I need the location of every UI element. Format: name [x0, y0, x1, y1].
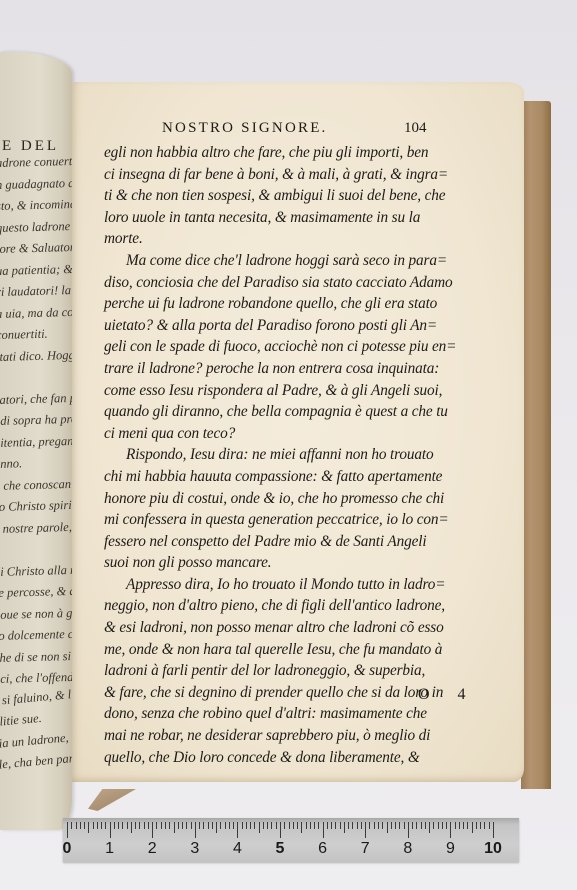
text-line: quando gli diranno, che bella compagnia …	[104, 401, 504, 423]
ruler-tick	[480, 822, 481, 829]
ruler-label: 3	[185, 840, 205, 858]
ruler-tick	[391, 822, 392, 829]
left-page-line: nitentia, pregando per	[0, 433, 72, 451]
ruler-tick	[467, 822, 468, 829]
ruler-tick	[152, 822, 153, 838]
text-line: ci insegna di far bene à boni, & à mali,…	[104, 164, 504, 186]
left-page-line: di Christo alla nostra	[0, 562, 72, 580]
ruler-tick	[331, 822, 332, 829]
text-line: mi confessera in questa generation pecca…	[104, 509, 504, 531]
text-line: ci meni qua con teco?	[104, 423, 504, 445]
ruler-tick	[174, 822, 175, 833]
left-page-line: e nostre parole, &	[0, 519, 72, 536]
ruler-label: 4	[227, 840, 247, 858]
ruler-tick	[416, 822, 417, 829]
ruler-tick	[118, 822, 119, 829]
ruler-tick	[220, 822, 221, 829]
ruler-tick	[139, 822, 140, 829]
ruler-tick	[105, 822, 106, 829]
ruler-tick	[306, 822, 307, 829]
ruler-tick	[369, 822, 370, 829]
ruler-tick	[216, 822, 217, 833]
ruler-tick	[208, 822, 209, 829]
running-head: NOSTRO SIGNORE. 104	[162, 120, 502, 140]
ruler-tick	[310, 822, 311, 829]
ruler-label: 9	[440, 840, 460, 858]
ruler-tick	[267, 822, 268, 829]
ruler-tick	[71, 822, 72, 829]
ruler-tick	[293, 822, 294, 829]
scale-ruler: 012345678910	[63, 818, 519, 862]
text-line: chi mi habbia hauuta compassione: & fatt…	[104, 466, 504, 488]
left-page-line: ua patientia; & benig	[0, 261, 72, 279]
left-page-line: noue se non à giusti	[0, 605, 72, 623]
left-page-line: , di sopra ha promessi	[0, 411, 72, 429]
ruler-ticks	[63, 818, 519, 838]
ruler-tick	[229, 822, 230, 829]
left-page-title-fragment: E DEL	[2, 138, 59, 155]
ruler-tick	[378, 822, 379, 829]
ruler-tick	[335, 822, 336, 829]
ruler-label: 6	[313, 840, 333, 858]
ruler-tick	[489, 822, 490, 829]
ruler-tick	[161, 822, 162, 829]
ruler-tick	[284, 822, 285, 829]
text-line: ladroni à farli pentir del lor ladronegg…	[104, 660, 504, 682]
ruler-tick	[76, 822, 77, 829]
ruler-tick	[67, 822, 68, 838]
left-page-line: re percosse, & alle pa	[0, 583, 72, 601]
left-page-line: a uia, ma da coloro	[0, 304, 72, 322]
ruler-tick	[263, 822, 264, 829]
ruler-tick	[374, 822, 375, 829]
left-page: E DEL adrone conuertito a Cn guadagnato …	[0, 52, 72, 830]
ruler-tick	[127, 822, 128, 829]
ruler-tick	[165, 822, 166, 829]
ruler-label: 0	[57, 840, 77, 858]
page-number: 104	[404, 120, 427, 137]
ruler-label: 2	[142, 840, 162, 858]
ruler-label: 1	[100, 840, 120, 858]
left-page-line: ro dolcemente corregg	[0, 626, 72, 644]
left-page-line: o che conoscan per no	[0, 476, 72, 494]
text-line: ti & che non tien sospesi, & ambigui li …	[104, 185, 504, 207]
left-page-line: sto, & incominciaua	[0, 196, 72, 214]
text-line: uietato? & alla porta del Paradiso foron…	[104, 315, 504, 337]
ruler-tick	[182, 822, 183, 829]
text-line: perche ui fu ladrone robandone quello, c…	[104, 293, 504, 315]
ruler-tick	[318, 822, 319, 829]
ruler-tick	[421, 822, 422, 829]
left-page-line: anno.	[0, 456, 22, 472]
ruler-tick	[429, 822, 430, 833]
ruler-tick	[101, 822, 102, 829]
left-page-line: ri laudatori! la pena	[0, 282, 72, 300]
ruler-tick	[463, 822, 464, 829]
ruler-tick	[446, 822, 447, 829]
ruler-tick	[144, 822, 145, 829]
ruler-label: 5	[270, 840, 290, 858]
text-line: mai ne robar, ne desiderar saprebbero pi…	[104, 725, 504, 747]
ruler-tick	[425, 822, 426, 829]
ruler-tick	[297, 822, 298, 829]
ruler-tick	[387, 822, 388, 833]
ruler-tick	[455, 822, 456, 829]
left-page-line: n guadagnato da Chr	[0, 175, 72, 193]
ruler-tick	[348, 822, 349, 829]
left-page-line: che di se non si doglia	[0, 648, 72, 666]
ruler-tick	[203, 822, 204, 829]
text-line: quello, che Dio loro concede & dona libe…	[104, 747, 504, 769]
left-page-line: questo ladrone ricõ	[0, 218, 72, 236]
ruler-tick	[114, 822, 115, 829]
ruler-tick	[344, 822, 345, 833]
ruler-tick	[88, 822, 89, 833]
ruler-tick	[323, 822, 324, 838]
ruler-tick	[246, 822, 247, 829]
text-line: Rispondo, Iesu dira: ne miei affanni non…	[104, 444, 504, 466]
text-line: come esso Iesu rispondera al Padre, & à …	[104, 380, 504, 402]
ruler-tick	[233, 822, 234, 829]
text-line: geli con le spade di fuoco, acciochè non…	[104, 336, 504, 358]
ruler-label: 7	[355, 840, 375, 858]
ruler-tick	[399, 822, 400, 829]
ruler-tick	[280, 822, 281, 838]
text-line: & esi ladroni, non posso menar altro che…	[104, 617, 504, 639]
right-page: NOSTRO SIGNORE. 104 egli non habbia altr…	[72, 82, 524, 782]
ruler-tick	[156, 822, 157, 829]
bookmark-ribbon	[88, 789, 136, 811]
ruler-tick	[169, 822, 170, 829]
text-line: morte.	[104, 228, 504, 250]
ruler-tick	[357, 822, 358, 829]
ruler-tick	[178, 822, 179, 829]
text-line: me, onde & non hara tal querelle Iesu, c…	[104, 639, 504, 661]
left-page-line: r si faluino, & li habbi	[0, 684, 72, 709]
ruler-tick	[259, 822, 260, 833]
ruler-label: 10	[483, 840, 503, 858]
ruler-tick	[122, 822, 123, 829]
text-line: trare il ladrone? peroche la non entrera…	[104, 358, 504, 380]
ruler-tick	[327, 822, 328, 829]
left-page-line: conuertiti.	[0, 327, 48, 343]
ruler-label: 8	[398, 840, 418, 858]
ruler-tick	[493, 822, 494, 838]
ruler-tick	[237, 822, 238, 838]
text-line: Ma come dice che'l ladrone hoggi sarà se…	[104, 250, 504, 272]
left-page-line: sia un ladrone, rispon	[0, 727, 72, 752]
ruler-tick	[361, 822, 362, 829]
text-line: diso, conciosia che del Paradiso sia sta…	[104, 272, 504, 294]
left-page-line: tore & Saluatore, pre	[0, 239, 72, 257]
ruler-tick	[191, 822, 192, 829]
ruler-tick	[186, 822, 187, 829]
ruler-tick	[225, 822, 226, 829]
ruler-tick	[212, 822, 213, 829]
ruler-tick	[110, 822, 111, 838]
left-page-line: catori, che fan peniten	[0, 390, 72, 408]
ruler-tick	[433, 822, 434, 829]
ruler-tick	[459, 822, 460, 829]
text-line: Appresso dira, Io ho trouato il Mondo tu…	[104, 574, 504, 596]
left-page-line: aci, che l'offendono, &	[0, 669, 72, 687]
text-line: honore piu di costui, onde & io, che ho …	[104, 488, 504, 510]
running-head-title: NOSTRO SIGNORE.	[162, 120, 328, 137]
ruler-tick	[412, 822, 413, 829]
left-page-line: rle, cha ben pare, che	[0, 749, 72, 773]
signature-mark: O 4	[418, 686, 478, 704]
ruler-tick	[301, 822, 302, 833]
ruler-tick	[289, 822, 290, 829]
text-line: fessero nel conspetto del Padre mio & de…	[104, 531, 504, 553]
ruler-tick	[131, 822, 132, 833]
ruler-tick	[408, 822, 409, 838]
ruler-tick	[314, 822, 315, 829]
left-page-line: adrone conuertito a C	[0, 153, 72, 171]
ruler-tick	[404, 822, 405, 829]
ruler-tick	[135, 822, 136, 829]
ruler-tick	[271, 822, 272, 829]
ruler-tick	[276, 822, 277, 829]
page-body-text: egli non habbia altro che fare, che piu …	[104, 142, 504, 768]
ruler-tick	[80, 822, 81, 829]
ruler-tick	[365, 822, 366, 838]
ruler-tick	[97, 822, 98, 829]
ruler-tick	[195, 822, 196, 838]
ruler-tick	[254, 822, 255, 829]
ruler-tick	[199, 822, 200, 829]
ruler-tick	[450, 822, 451, 838]
left-page-line: elitie sue.	[0, 711, 42, 730]
ruler-tick	[93, 822, 94, 829]
ruler-tick	[395, 822, 396, 829]
book-cover-edge	[521, 101, 551, 789]
ruler-tick	[472, 822, 473, 833]
text-line: neggio, non d'altro pieno, che di figli …	[104, 595, 504, 617]
text-line: loro uuole in tanta necesita, & masimame…	[104, 207, 504, 229]
left-page-line: itati dico. Hoggi	[0, 347, 72, 364]
ruler-tick	[442, 822, 443, 829]
ruler-tick	[250, 822, 251, 829]
left-page-line: so Christo spiritualm	[0, 497, 72, 515]
ruler-tick	[484, 822, 485, 829]
text-line: dono, senza che robino quel d'altri: mas…	[104, 703, 504, 725]
ruler-tick	[242, 822, 243, 829]
ruler-tick	[148, 822, 149, 829]
text-line: suoi non gli posso mancare.	[104, 552, 504, 574]
ruler-tick	[352, 822, 353, 829]
ruler-tick	[340, 822, 341, 829]
ruler-tick	[382, 822, 383, 829]
ruler-tick	[438, 822, 439, 829]
ruler-tick	[84, 822, 85, 829]
text-line: egli non habbia altro che fare, che piu …	[104, 142, 504, 164]
ruler-tick	[476, 822, 477, 829]
